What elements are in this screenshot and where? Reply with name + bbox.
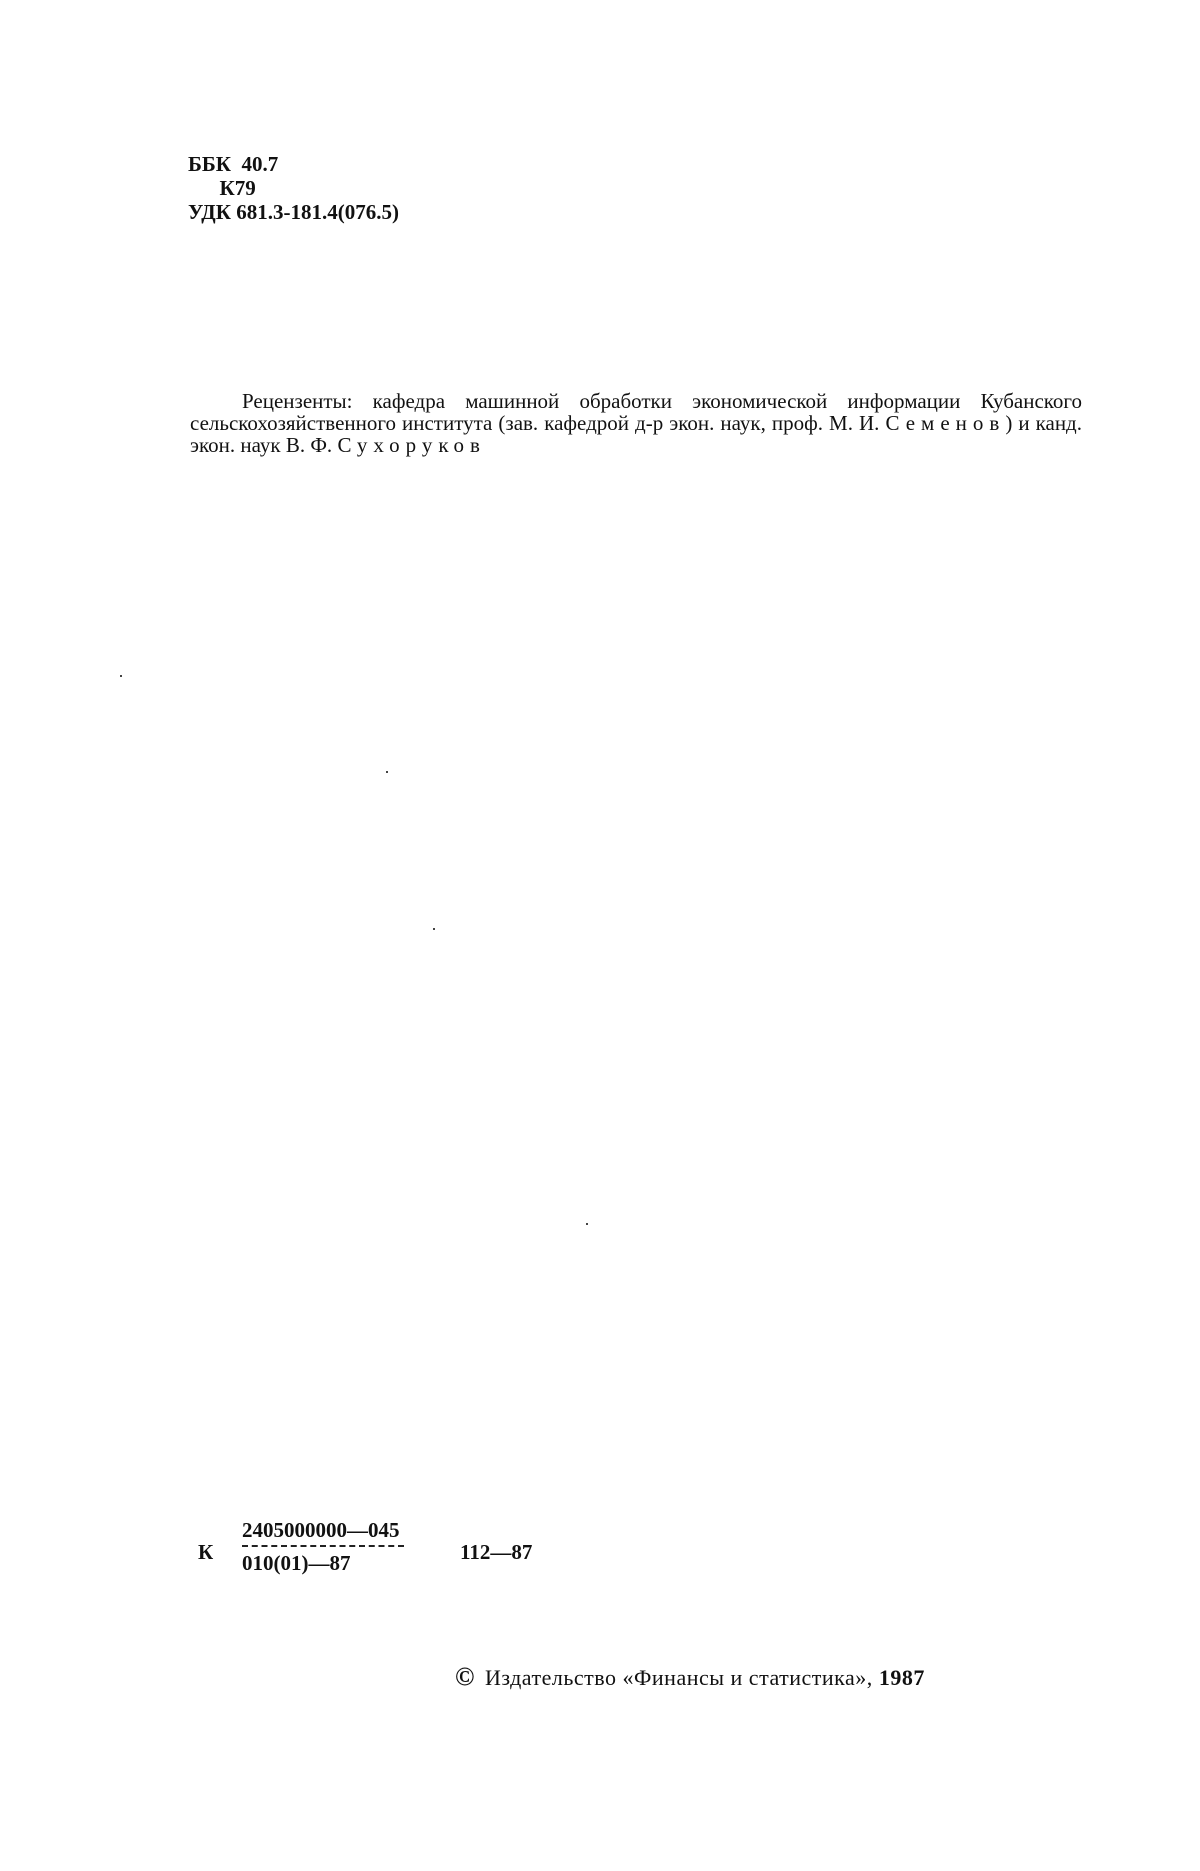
formula-prefix: К bbox=[198, 1540, 213, 1565]
reviewers-paragraph: Рецензенты: кафедра машинной обработки э… bbox=[190, 390, 1082, 456]
publisher-name: Издательство «Финансы и статистика», bbox=[485, 1665, 873, 1690]
bbk-value: 40.7 bbox=[242, 152, 279, 176]
scan-speck bbox=[120, 675, 122, 677]
udk-line: УДК 681.3-181.4(076.5) bbox=[188, 200, 399, 224]
reviewers-label: Рецензенты: bbox=[242, 389, 353, 413]
copyright-line: ©Издательство «Финансы и статистика», 19… bbox=[455, 1662, 925, 1692]
udk-label: УДК bbox=[188, 200, 231, 224]
head-surname: Семенов bbox=[885, 411, 1005, 435]
classification-codes: ББК 40.7 К79 УДК 681.3-181.4(076.5) bbox=[188, 152, 399, 224]
author-mark-line: К79 bbox=[188, 176, 399, 200]
scan-speck bbox=[386, 771, 388, 773]
bbk-label: ББК bbox=[188, 152, 231, 176]
udk-value: 681.3-181.4(076.5) bbox=[236, 200, 399, 224]
scan-speck bbox=[433, 928, 435, 930]
publication-year: 1987 bbox=[879, 1665, 925, 1690]
second-reviewer-surname: Сухоруков bbox=[337, 433, 485, 457]
author-mark: К79 bbox=[220, 176, 256, 200]
bbk-line: ББК 40.7 bbox=[188, 152, 399, 176]
formula-suffix: 112—87 bbox=[460, 1540, 532, 1565]
scan-speck bbox=[586, 1223, 588, 1225]
formula-numerator: 2405000000—045 bbox=[242, 1518, 404, 1547]
formula-denominator: 010(01)—87 bbox=[242, 1547, 404, 1576]
formula-fraction: 2405000000—045 010(01)—87 bbox=[242, 1518, 404, 1576]
copyright-icon: © bbox=[455, 1662, 475, 1691]
